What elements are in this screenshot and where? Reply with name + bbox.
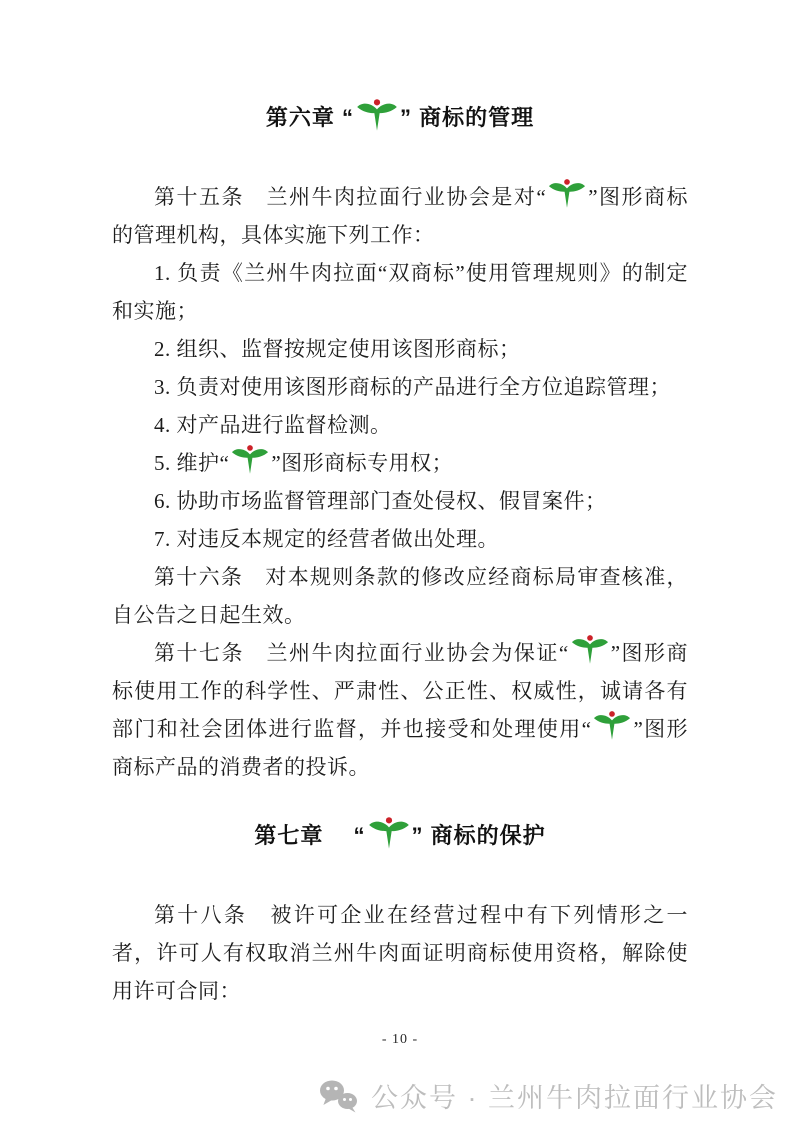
chapter6-heading-pre: 第六章 “ — [266, 105, 354, 130]
list-item-5: 5. 维护“”图形商标专用权； — [112, 444, 688, 482]
article-17-text-pre: 第十七条 兰州牛肉拉面行业协会为保证“ — [154, 641, 569, 665]
trademark-logo-icon — [368, 816, 410, 850]
chapter7-heading-post: ” 商标的保护 — [412, 823, 546, 848]
trademark-logo-icon — [571, 634, 609, 665]
article-17-paragraph: 第十七条 兰州牛肉拉面行业协会为保证“”图形商标使用工作的科学性、严肃性、公正性… — [112, 634, 688, 786]
trademark-logo-icon — [593, 710, 631, 741]
list-item-3: 3. 负责对使用该图形商标的产品进行全方位追踪管理； — [112, 368, 688, 406]
list-item-7: 7. 对违反本规定的经营者做出处理。 — [112, 520, 688, 558]
page-number: - 10 - — [0, 1032, 800, 1048]
list-item-5-text-pre: 5. 维护“ — [154, 451, 229, 475]
list-item-2: 2. 组织、监督按规定使用该图形商标； — [112, 330, 688, 368]
chapter7-heading-pre: 第七章 “ — [254, 823, 365, 848]
document-page: 第六章 “” 商标的管理 第十五条 兰州牛肉拉面行业协会是对“”图形商标的管理机… — [0, 0, 800, 1010]
chapter6-heading-post: ” 商标的管理 — [400, 105, 534, 130]
article-16-paragraph: 第十六条 对本规则条款的修改应经商标局审查核准，自公告之日起生效。 — [112, 558, 688, 634]
wechat-watermark: 公众号 · 兰州牛肉拉面行业协会 — [319, 1076, 778, 1115]
trademark-logo-icon — [231, 444, 269, 475]
article-15-text-pre: 第十五条 兰州牛肉拉面行业协会是对“ — [154, 185, 546, 209]
article-15-paragraph: 第十五条 兰州牛肉拉面行业协会是对“”图形商标的管理机构，具体实施下列工作： — [112, 178, 688, 254]
wechat-icon — [319, 1078, 359, 1114]
watermark-text: 公众号 · 兰州牛肉拉面行业协会 — [371, 1076, 778, 1115]
list-item-5-text-post: ”图形商标专用权； — [271, 451, 453, 475]
list-item-6: 6. 协助市场监督管理部门查处侵权、假冒案件； — [112, 482, 688, 520]
trademark-logo-icon — [356, 98, 398, 132]
list-item-1: 1. 负责《兰州牛肉拉面“双商标”使用管理规则》的制定和实施； — [112, 254, 688, 330]
chapter7-heading: 第七章 “” 商标的保护 — [112, 816, 688, 852]
chapter6-heading: 第六章 “” 商标的管理 — [112, 98, 688, 134]
list-item-4: 4. 对产品进行监督检测。 — [112, 406, 688, 444]
trademark-logo-icon — [548, 178, 586, 209]
article-18-paragraph: 第十八条 被许可企业在经营过程中有下列情形之一者，许可人有权取消兰州牛肉面证明商… — [112, 896, 688, 1010]
